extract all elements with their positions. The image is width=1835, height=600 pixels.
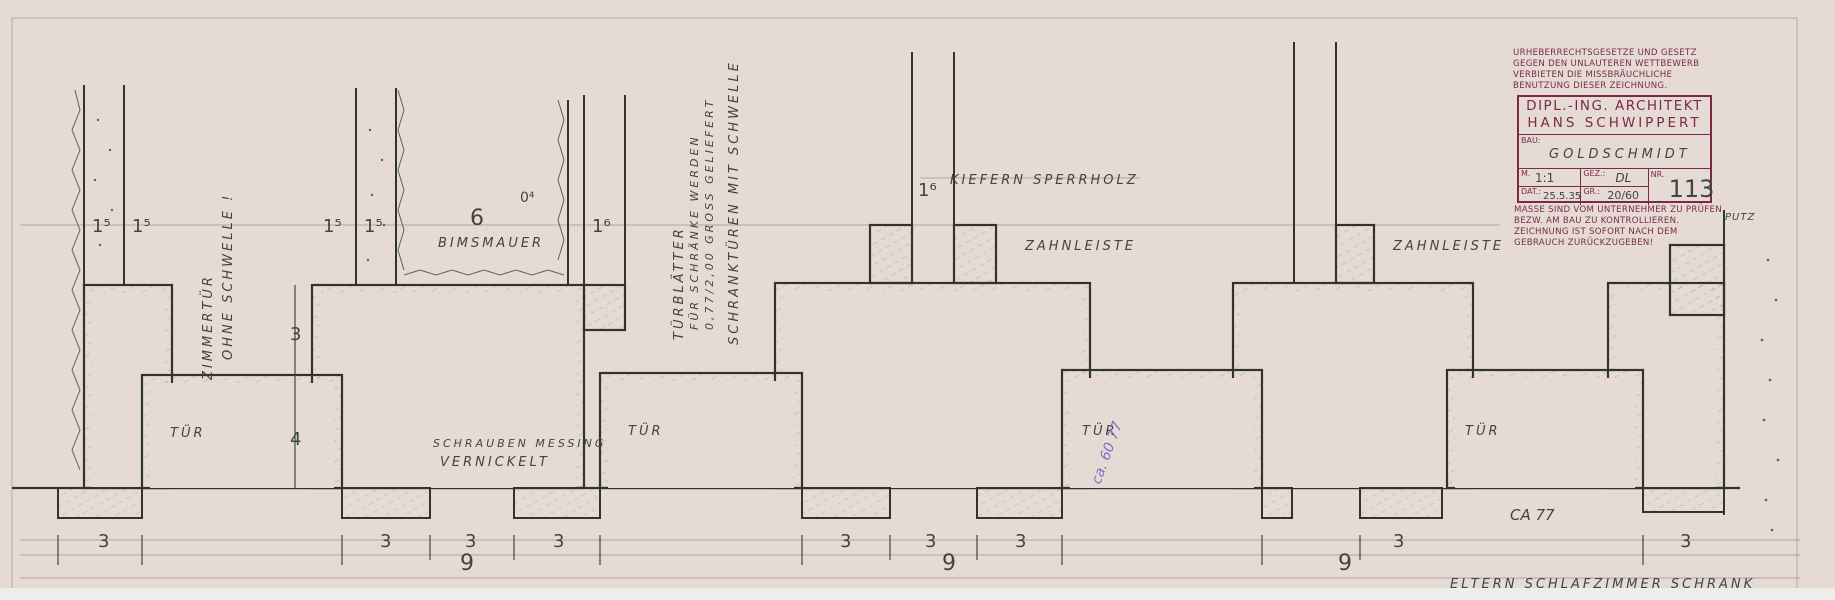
dim-bottom-9a: 9 <box>460 551 474 576</box>
label-tuerblaetter-1: TÜRBLÄTTER <box>670 226 687 340</box>
dim-bottom-1: 3 <box>98 531 109 552</box>
label-schranktueren: SCHRANKTÜREN MIT SCHWELLE <box>725 60 742 345</box>
number-value: 113 <box>1669 175 1715 203</box>
dim-bottom-4: 3 <box>553 531 564 552</box>
drawn-by-value: DL <box>1615 171 1631 185</box>
office-line-2: HANS SCHWIPPERT <box>1519 115 1710 132</box>
label-ca77: CA 77 <box>1510 506 1555 524</box>
dim-bottom-5: 3 <box>840 531 851 552</box>
scale-label: M. <box>1521 169 1530 178</box>
architect-office: DIPL.-ING. ARCHITEKT HANS SCHWIPPERT <box>1519 97 1710 135</box>
dim-top-04: 0⁴ <box>520 190 535 206</box>
dim-bottom-7: 3 <box>1015 531 1026 552</box>
dim-top-16a: 1⁶ <box>592 216 611 237</box>
dim-top-2: 1⁵ <box>132 216 151 237</box>
label-putz: PUTZ <box>1725 212 1755 223</box>
date-value: 25.5.35 <box>1543 191 1581 202</box>
bau-label: BAU: <box>1521 136 1541 145</box>
dim-top-1: 1⁵ <box>92 216 111 237</box>
label-schrauben-2: VERNICKELT <box>440 455 550 470</box>
number-field: NR. 113 <box>1649 169 1710 205</box>
scale-field: M. 1:1 <box>1519 169 1580 187</box>
dim-vert-4: 4 <box>290 429 301 450</box>
label-bimsmauer: BIMSMAUER <box>438 236 544 251</box>
size-label: GR.: <box>1583 187 1600 196</box>
scale-value: 1:1 <box>1535 171 1554 185</box>
project-field: BAU: GOLDSCHMIDT <box>1519 135 1710 169</box>
date-field: DAT.: 25.5.35 <box>1519 187 1580 205</box>
number-label: NR. <box>1651 170 1665 179</box>
size-value: 20/60 <box>1607 189 1639 202</box>
label-tuerblaetter-3: 0,77/2,00 GROSS GELIEFERT <box>703 97 716 330</box>
office-line-1: DIPL.-ING. ARCHITEKT <box>1519 98 1710 115</box>
label-ohne-schwelle: OHNE SCHWELLE ! <box>221 193 236 360</box>
label-zimmertuer: ZIMMERTÜR <box>199 274 216 381</box>
label-zahnleiste-1: ZAHNLEISTE <box>1024 239 1136 254</box>
dim-bottom-2: 3 <box>380 531 391 552</box>
drawing-sheet: KIEFERN SPERRHOLZ ZAHNLEISTE ZAHNLEISTE … <box>0 0 1835 600</box>
door-label-2: TÜR <box>628 422 664 439</box>
size-field: GR.: 20/60 <box>1581 187 1647 205</box>
drawing-title: ELTERN SCHLAFZIMMER SCHRANK <box>1450 577 1755 592</box>
title-block: DIPL.-ING. ARCHITEKT HANS SCHWIPPERT BAU… <box>1517 95 1712 203</box>
date-label: DAT.: <box>1521 187 1541 196</box>
bau-value: GOLDSCHMIDT <box>1549 147 1691 162</box>
copyright-notice: Urheberrechtsgesetze und Gesetz gegen de… <box>1513 48 1723 92</box>
label-zahnleiste-2: ZAHNLEISTE <box>1392 239 1504 254</box>
label-kiefernsperrholz: KIEFERN SPERRHOLZ <box>950 173 1139 188</box>
dim-vert-3: 3 <box>290 324 301 345</box>
dim-bottom-6: 3 <box>925 531 936 552</box>
door-label-1: TÜR <box>170 424 206 441</box>
dim-top-3: 1⁵ <box>323 216 342 237</box>
door-label-4: TÜR <box>1465 422 1501 439</box>
dim-bottom-3: 3 <box>465 531 476 552</box>
drawn-by-label: GEZ.: <box>1583 169 1605 178</box>
drawn-by-field: GEZ.: DL <box>1581 169 1647 187</box>
plinths <box>58 488 1724 518</box>
dim-bottom-9b: 9 <box>942 551 956 576</box>
check-notice: Masse sind vom Unternehmer zu prüfen bez… <box>1514 205 1724 249</box>
dim-top-bims: 6 <box>470 206 484 231</box>
dim-bottom-8: 3 <box>1393 531 1404 552</box>
dim-bottom-9c: 9 <box>1338 551 1352 576</box>
dim-bottom-9: 3 <box>1680 531 1691 552</box>
title-block-grid: M. 1:1 DAT.: 25.5.35 GEZ.: DL GR.: 20/60 <box>1519 169 1710 205</box>
dim-top-16b: 1⁶ <box>918 180 937 201</box>
dim-top-4: 1⁵ <box>364 216 383 237</box>
label-schrauben-1: SCHRAUBEN MESSING <box>433 437 606 450</box>
label-tuerblaetter-2: FÜR SCHRÄNKE WERDEN <box>688 134 701 330</box>
